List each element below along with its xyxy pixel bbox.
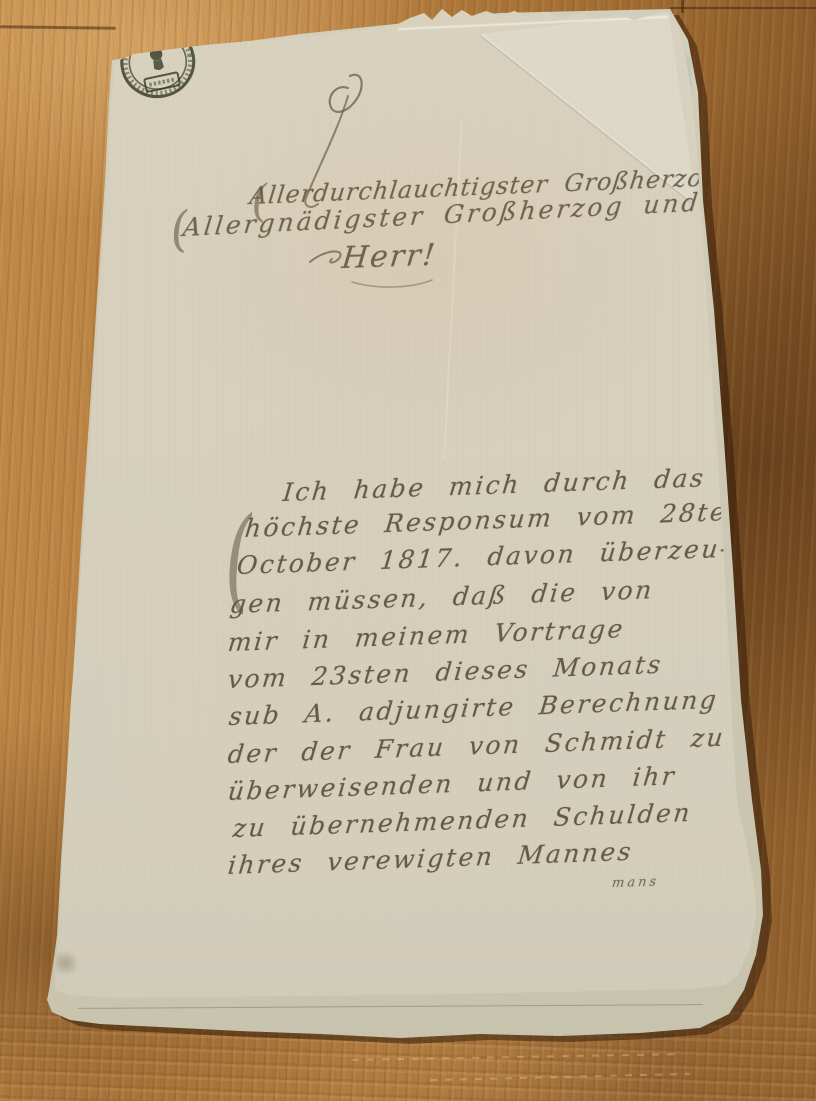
body-line: sub A. adjungirte Berechnung <box>227 685 720 731</box>
plank-groove-right <box>670 7 816 9</box>
salutation-line-3: Herr! <box>340 238 438 276</box>
body-line: gen müssen, daß die von <box>228 575 655 619</box>
photo-of-handwritten-document: ( ( ( Allerdurchlauchtigster Großherzog,… <box>0 0 816 1101</box>
body-line: ihres verewigten Mannes <box>226 837 634 880</box>
plank-joint <box>681 0 684 13</box>
catchword: mans <box>611 874 660 891</box>
body-line: vom 23sten dieses Monats <box>226 650 664 694</box>
soft-crease <box>443 120 463 460</box>
body-line: überweisenden und von ihr <box>226 761 677 806</box>
body-line: mir in meinem Vortrage <box>226 614 626 657</box>
letter-page: ( ( ( Allerdurchlauchtigster Großherzog,… <box>0 0 816 1101</box>
